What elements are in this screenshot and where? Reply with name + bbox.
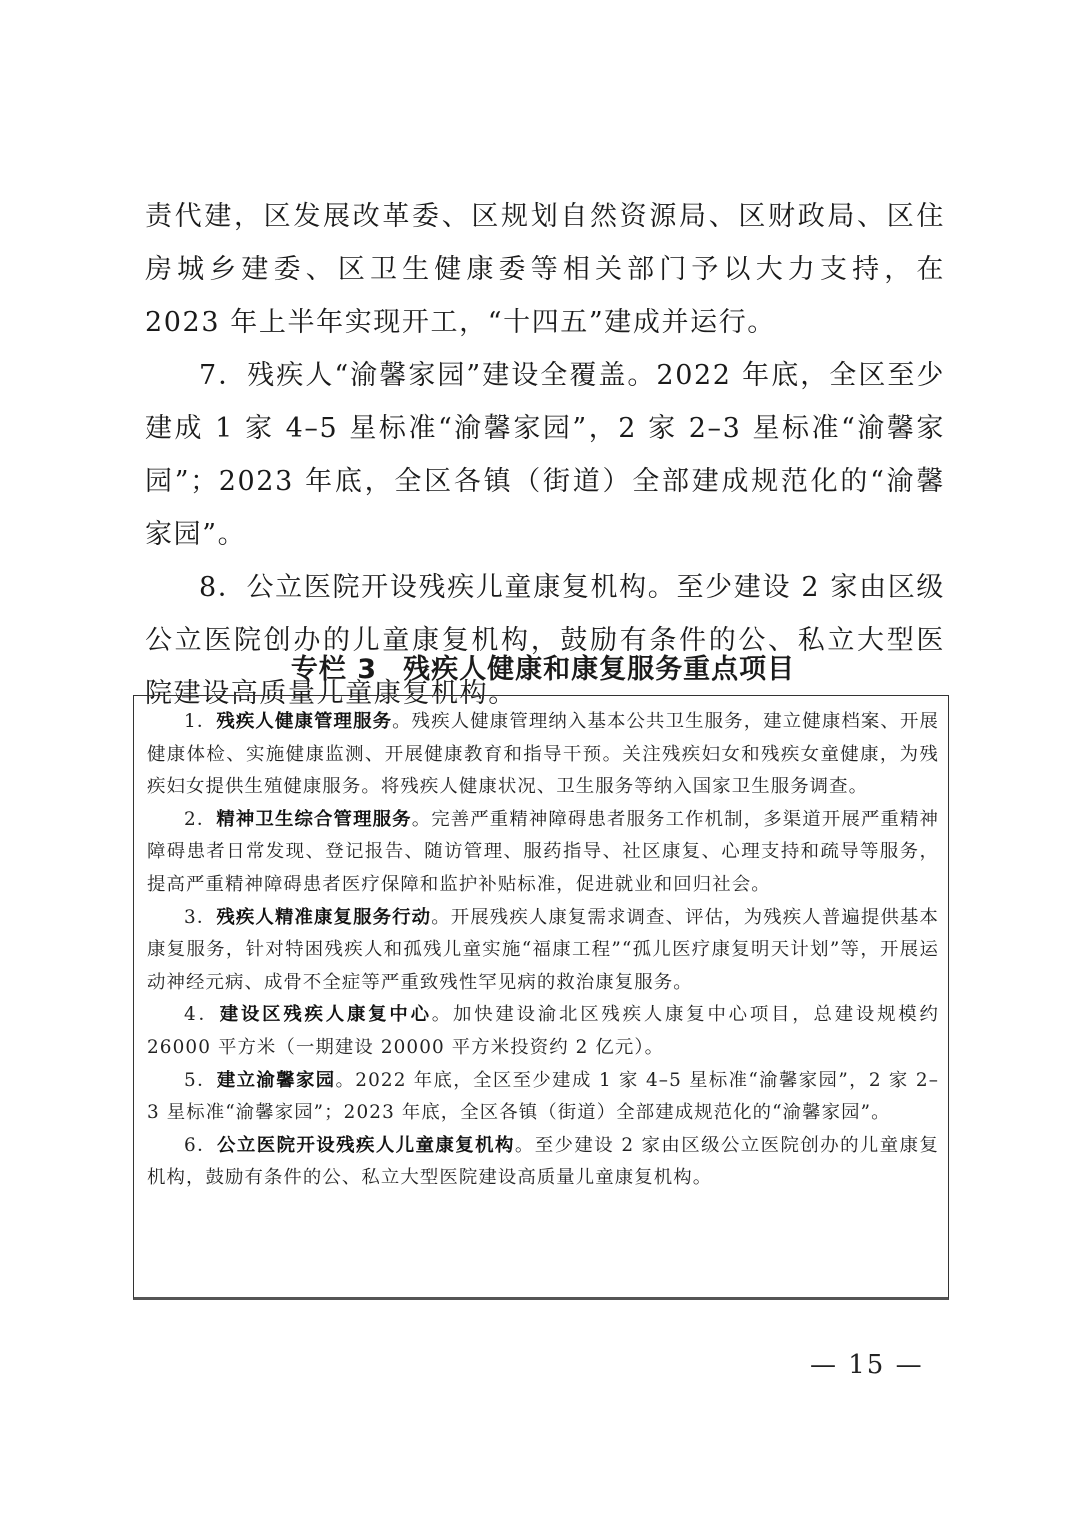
item-heading: 建立渝馨家园	[217, 1070, 336, 1091]
box-item: 1．残疾人健康管理服务。残疾人健康管理纳入基本公共卫生服务，建立健康档案、开展健…	[147, 706, 939, 804]
item-number: 6．	[184, 1135, 217, 1156]
page-number: — 15 —	[810, 1350, 924, 1380]
item-number: 2．	[184, 809, 216, 830]
item-number: 4．	[184, 1004, 220, 1025]
box-item: 3．残疾人精准康复服务行动。开展残疾人康复需求调查、评估，为残疾人普遍提供基本康…	[147, 902, 939, 1000]
item-number: 1．	[184, 711, 216, 732]
item-heading: 精神卫生综合管理服务	[216, 809, 411, 830]
body-text-top: 责代建，区发展改革委、区规划自然资源局、区财政局、区住房城乡建委、区卫生健康委等…	[145, 190, 945, 720]
section-heading: 残疾人健康和康复服务重点项目	[403, 654, 795, 685]
key-projects-box: 1．残疾人健康管理服务。残疾人健康管理纳入基本公共卫生服务，建立健康档案、开展健…	[133, 695, 949, 1300]
section-title: 专栏 3残疾人健康和康复服务重点项目	[133, 645, 953, 695]
box-item: 6．公立医院开设残疾人儿童康复机构。至少建设 2 家由区级公立医院创办的儿童康复…	[147, 1130, 939, 1195]
box-item: 2．精神卫生综合管理服务。完善严重精神障碍患者服务工作机制，多渠道开展严重精神障…	[147, 804, 939, 902]
box-item: 4．建设区残疾人康复中心。加快建设渝北区残疾人康复中心项目，总建设规模约 260…	[147, 999, 939, 1064]
section-label: 专栏 3	[291, 654, 377, 685]
item-heading: 残疾人精准康复服务行动	[216, 907, 431, 928]
box-item: 5．建立渝馨家园。2022 年底，全区至少建成 1 家 4–5 星标准“渝馨家园…	[147, 1065, 939, 1130]
paragraph-item-7: 7．残疾人“渝馨家园”建设全覆盖。2022 年底，全区至少建成 1 家 4–5 …	[145, 349, 945, 561]
item-heading: 建设区残疾人康复中心	[220, 1004, 432, 1025]
item-heading: 残疾人健康管理服务	[216, 711, 392, 732]
item-number: 3．	[184, 907, 216, 928]
paragraph-continuation: 责代建，区发展改革委、区规划自然资源局、区财政局、区住房城乡建委、区卫生健康委等…	[145, 190, 945, 349]
item-number: 5．	[184, 1070, 217, 1091]
item-heading: 公立医院开设残疾人儿童康复机构	[217, 1135, 515, 1156]
